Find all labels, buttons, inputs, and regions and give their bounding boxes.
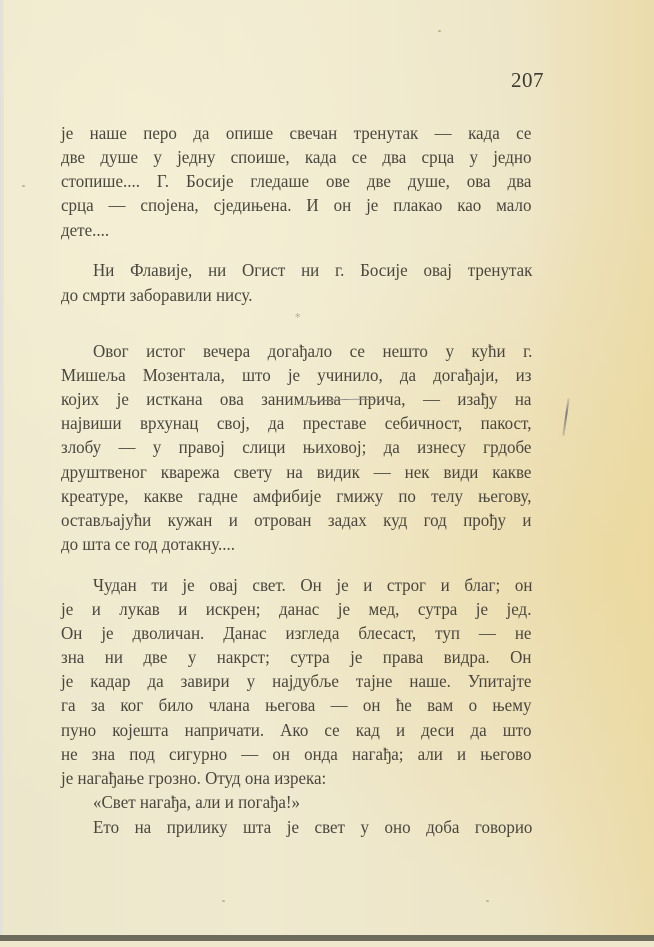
text-line: Ни Флавије, ни Огист ни г. Босије овај т…: [93, 258, 532, 282]
text-line: зна ни две у накрст; сутра је права видр…: [61, 645, 531, 669]
text-line: Овог истог вечера догађало се нешто у ку…: [93, 339, 532, 363]
text-line: «Свет нагађа, али и погађа!»: [93, 790, 532, 814]
text-line: Чудан ти је овај свет. Он је и строг и б…: [93, 573, 532, 597]
text-line: којих је исткана ова занимљива прича, — …: [61, 387, 531, 411]
section-separator: *: [295, 311, 301, 324]
text-line: креатуре, какве гадне амфибије гмижу по …: [61, 484, 531, 508]
page-left-edge: [0, 0, 4, 941]
text-line: Ето на прилику шта је свет у оно доба го…: [93, 815, 532, 839]
text-line: друштвеног кварежа свету на видик — нек …: [61, 460, 531, 484]
text-line: срца — спојена, сједињена. И он је плака…: [61, 193, 531, 217]
text-line: Он је дволичан. Данас изгледа блесаст, т…: [61, 621, 531, 645]
paper-speck: [22, 185, 25, 187]
paper-speck: [486, 900, 489, 902]
page-bottom-edge: [0, 935, 654, 941]
text-line: је нагађање грозно. Отуд она изрека:: [61, 766, 531, 790]
paper-speck: [222, 900, 225, 902]
text-line: остављајући кужан и отрован задах куд го…: [61, 508, 531, 532]
text-line: до шта се год дотакну....: [61, 532, 531, 556]
text-line: пуно којешта напричати. Ако се кад и дес…: [61, 718, 531, 742]
text-line: дете....: [61, 218, 531, 242]
text-line: га за ког било члана његова — он ће вам …: [61, 693, 531, 717]
text-line: је и лукав и искрен; данас је мед, сутра…: [61, 597, 531, 621]
pencil-margin-mark: [562, 398, 569, 436]
text-line: злобу — у правој слици њиховој; да изнес…: [61, 435, 531, 459]
text-line: стопише.... Г. Босије гледаше ове две ду…: [61, 169, 531, 193]
paper-speck: [438, 30, 441, 32]
text-line: до смрти заборавили нису.: [61, 283, 531, 307]
text-line: Мишеља Мозентала, што је учинило, да дог…: [61, 363, 531, 387]
text-line: највиши врхунац свој, да преставе себичн…: [61, 411, 531, 435]
book-page: 207 је наше перо да опише свечан тренута…: [0, 0, 654, 941]
body-text: је наше перо да опише свечан тренутак — …: [61, 0, 546, 941]
text-line: две душе у једну споише, када се два срц…: [61, 145, 531, 169]
text-line: је кадар да завири у најдубље тајне наше…: [61, 669, 531, 693]
text-line: не зна под сигурно — он онда нагађа; али…: [61, 742, 531, 766]
text-line: је наше перо да опише свечан тренутак — …: [61, 121, 531, 145]
